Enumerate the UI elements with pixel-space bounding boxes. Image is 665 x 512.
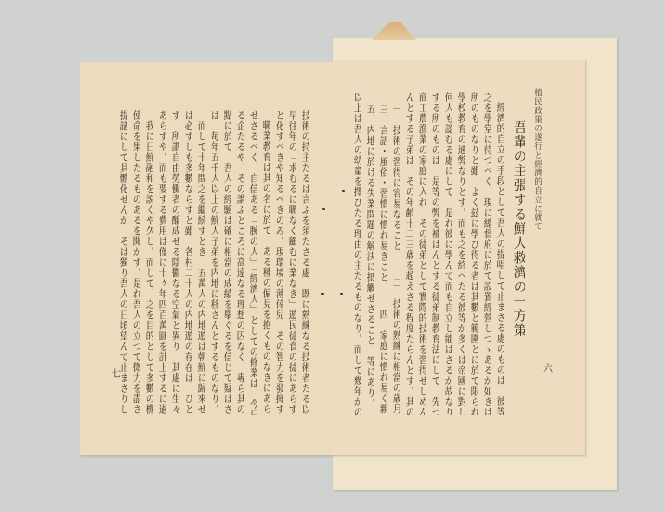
text-column: する所のものは、是等の弊を補はんとする徒弟制教育法にして、先づ彼等鮮人子弟を内地…: [429, 92, 439, 415]
binding-hole-mark: [342, 190, 345, 192]
text-column: は、毎年五千人以上の鮮人子弟を内地に移さんとするものなり。: [208, 110, 218, 415]
left-page: 技術の持主たるは言ふを須たざる處、既に熟練なる技術者たる以上、彼等が其の鑑星に歸…: [80, 62, 333, 455]
text-column: んとする子弟は、その年齢十二三歳を超えざる程度たらんとす。其の理由とする處のもの…: [403, 92, 413, 415]
list-item: 三、言語・風俗・習慣に慣れ易きこと、 四、家庭に慣れ易く親しみ易きこと、: [377, 104, 387, 415]
text-column: 技術の持主たるは言ふを須たざる處、既に熟練なる技術者たる以上、彼等が其の鑑星に歸…: [299, 110, 309, 415]
paper-tab: [372, 22, 416, 40]
text-column: ず、所謂自由勞働者の醸成せる陰鬱なる空氣と異り、其處に生々の氣の躍動する朝鮮を發…: [169, 110, 179, 415]
list-item: 一、技術の習得に容易なること、 二、技術の熟練に相當の歳月を要すること、: [390, 104, 400, 415]
text-column: あらずや。而も要する費用は僅に十ヶ年四百萬圓を計上するに過ぎず。: [156, 110, 166, 415]
text-column: 所のものなりと雖、よく玆に學び得る者は其數と範圍とに於て限られ、理論に偏して實用…: [468, 92, 478, 415]
right-page: 植民政策の遂行と經濟的自立に就て 吾輩の主張する鮮人救濟の一方策 經濟的自立の手…: [333, 60, 586, 456]
text-column: 學校教育の通弊なりとす。而も之を終へたる彼等が多くは帝國に對して反感を抱くの傾向…: [455, 92, 465, 415]
text-column: 早往年の「求むるに職なく顧むに業なき」遊民徒食の徒にあらず、よく内地人と伍して經…: [286, 110, 296, 415]
text-column: る企たるや、その謂ふところに高遠なる理想の囚なく、專ら其の毋を説かしとするも、そ…: [234, 110, 244, 415]
binding-hole-mark: [321, 293, 324, 295]
text-column: 經濟的自立の手段として吾人の提唱して止まざる處のものは、彼等に職業教育を施すにあ…: [494, 102, 504, 415]
list-item: 五、内地に於ける失業問題の解決に抵觸せざること、等にあり。: [364, 104, 374, 409]
binding-hole-mark: [322, 208, 325, 210]
text-column: 以上は吾人の幼童を擇びたる理由の主たるものなり。而して幾年かの徒弟生活は、必然的…: [351, 92, 361, 415]
text-column: 我に日鮮融和を説くや久し。而して、之を目的として多數の機關の設立を見たりと雖、未…: [143, 110, 153, 415]
text-column: 職業教育は其の名に於て、ある種の偏見を抱くものなきにあらずと雖、經濟的自立は之を…: [260, 120, 270, 415]
text-column: 使命を果したるものあるを聞かず。是れ吾人の立つて微力を盡さんとする所以なり。若し…: [130, 110, 140, 415]
running-head: 植民政策の遂行と經濟的自立に就て: [533, 88, 542, 230]
page-number: 六: [543, 360, 553, 375]
page-number: 七: [111, 365, 121, 380]
text-column: せざるべく、自信ある「腕の人」「經濟人」としての修業は、今日の鮮人に最大の急務な…: [247, 110, 257, 415]
text-column: 點に於て、吾人の經驗は確に相當の成績を擧ぐるを信じて疑はざるなり。即ち吾人の提議…: [221, 110, 231, 415]
text-column: 而して十年間之を繼続すとき、五萬人の内地遊は朝鮮に歸來せらるべきなり。千七百萬人…: [195, 110, 205, 415]
text-column: 之を學堂に待つべく、現に總督府に於て設置經營しつゝあるが如きは、吾人の與て共に意…: [481, 92, 491, 415]
text-column: と化すべきや知るべきのみ。現環境の薄倖兒、その智力を發揮する機會を得ざりしのみ。: [273, 110, 283, 415]
text-column: 商工農漁業の家庭に入れ、その徒弟として實際的技術を習得せしめんとするにあり。而も…: [416, 92, 426, 415]
section-title: 吾輩の主張する鮮人救濟の一方策: [511, 120, 525, 338]
text-column: は必ずしも多數ならずと雖、各村二十人の内地遊の存在は、ひとり地方村落の空氣を一新…: [182, 110, 192, 415]
binding-hole-mark: [340, 293, 343, 295]
text-column: 何人も認むる處にして、是れ彼に學んで而も自立し能はざるが故なりとす。即ち吾人の玆…: [442, 92, 452, 415]
